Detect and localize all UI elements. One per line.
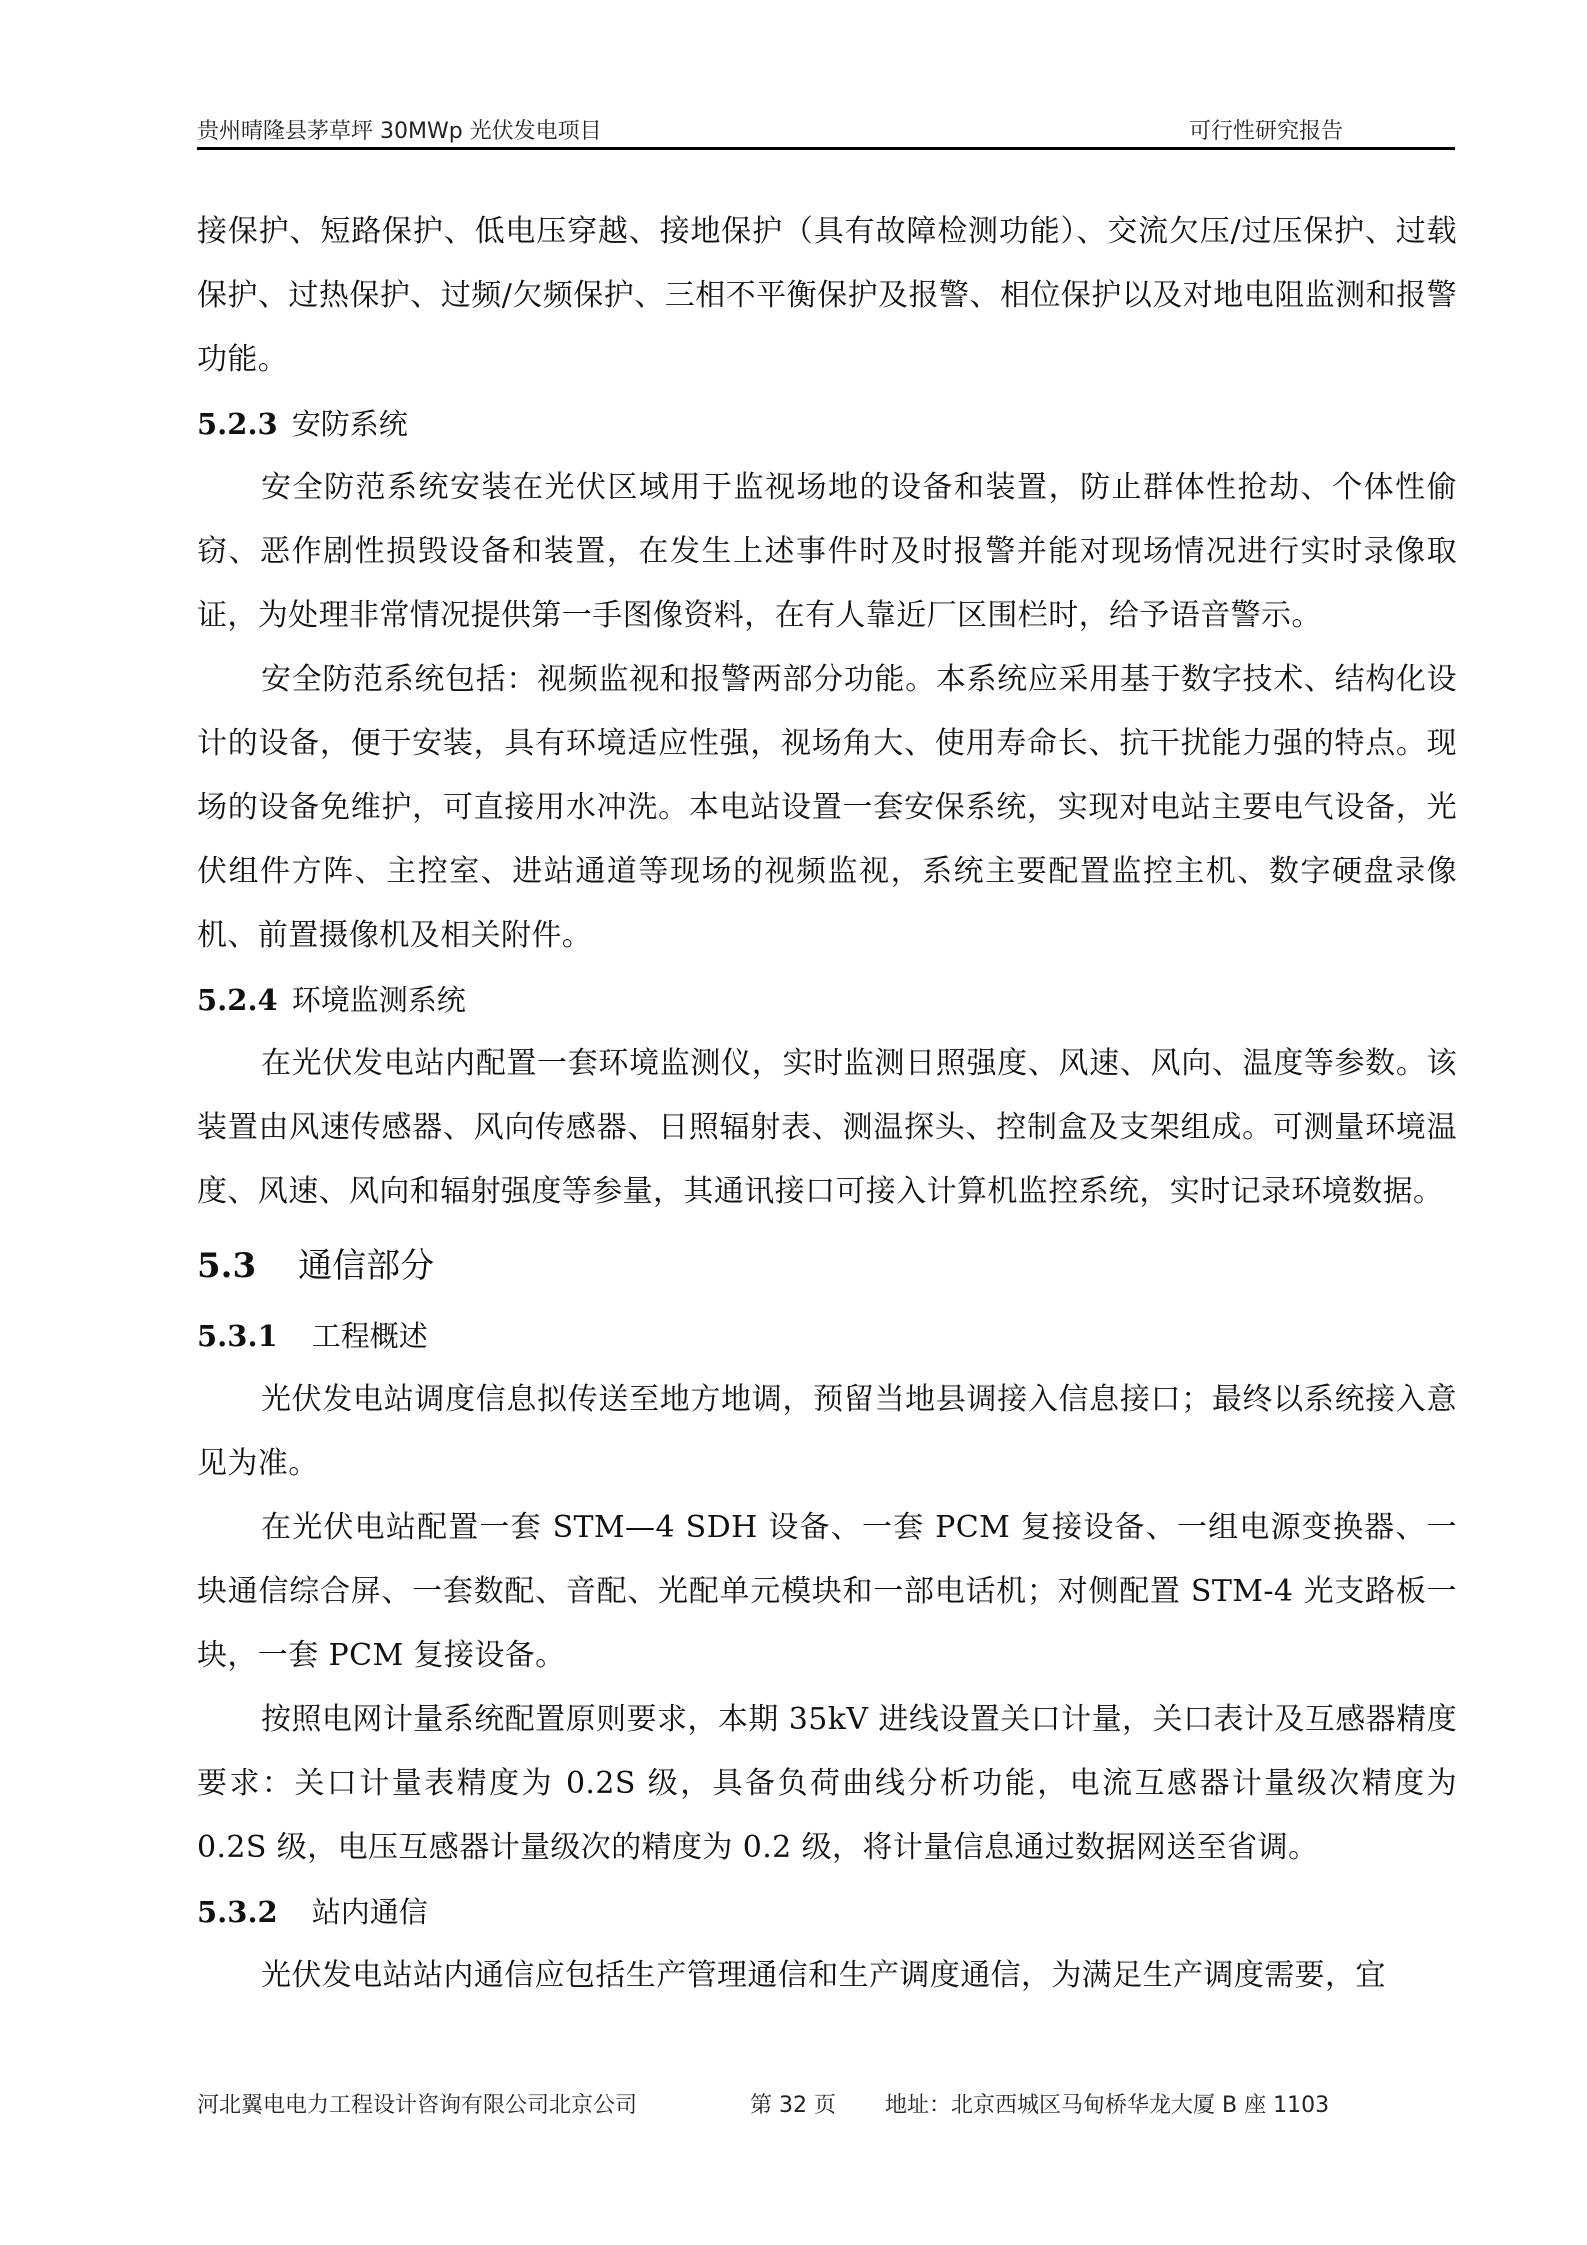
section-number: 5.3	[197, 1246, 256, 1286]
page-footer: 河北翼电电力工程设计咨询有限公司北京公司 第 32 页 地址：北京西城区马甸桥华…	[197, 2082, 1457, 2122]
footer-address: 地址：北京西城区马甸桥华龙大厦 B 座 1103	[885, 2088, 1329, 2119]
section-number: 5.3.2	[197, 1895, 278, 1929]
paragraph: 安全防范系统安装在光伏区域用于监视场地的设备和装置，防止群体性抢劫、个体性偷窃、…	[197, 456, 1457, 648]
section-heading-5-3: 5.3通信部分	[197, 1228, 1457, 1304]
section-title: 通信部分	[298, 1246, 434, 1286]
header-project-title: 贵州晴隆县茅草坪 30MWp 光伏发电项目	[197, 114, 602, 145]
page-content: 接保护、短路保护、低电压穿越、接地保护（具有故障检测功能）、交流欠压/过压保护、…	[197, 200, 1457, 2008]
section-title: 工程概述	[312, 1319, 428, 1353]
section-title: 站内通信	[312, 1895, 428, 1929]
footer-page-number: 第 32 页	[750, 2088, 836, 2119]
paragraph-continued: 接保护、短路保护、低电压穿越、接地保护（具有故障检测功能）、交流欠压/过压保护、…	[197, 200, 1457, 392]
header-report-type: 可行性研究报告	[1189, 114, 1343, 145]
paragraph: 光伏发电站调度信息拟传送至地方地调，预留当地县调接入信息接口；最终以系统接入意见…	[197, 1368, 1457, 1496]
section-number: 5.2.4	[197, 983, 278, 1017]
page-header: 贵州晴隆县茅草坪 30MWp 光伏发电项目 可行性研究报告	[197, 110, 1455, 148]
section-number: 5.3.1	[197, 1319, 278, 1353]
paragraph: 在光伏电站配置一套 STM—4 SDH 设备、一套 PCM 复接设备、一组电源变…	[197, 1496, 1457, 1688]
paragraph: 光伏发电站站内通信应包括生产管理通信和生产调度通信，为满足生产调度需要，宜	[197, 1944, 1457, 2008]
section-heading-5-2-3: 5.2.3安防系统	[197, 392, 1457, 456]
section-title: 环境监测系统	[292, 983, 466, 1017]
header-divider	[197, 147, 1455, 150]
paragraph: 按照电网计量系统配置原则要求，本期 35kV 进线设置关口计量，关口表计及互感器…	[197, 1688, 1457, 1880]
paragraph: 安全防范系统包括：视频监视和报警两部分功能。本系统应采用基于数字技术、结构化设计…	[197, 648, 1457, 968]
section-heading-5-3-1: 5.3.1工程概述	[197, 1304, 1457, 1368]
footer-company: 河北翼电电力工程设计咨询有限公司北京公司	[197, 2088, 637, 2119]
section-heading-5-2-4: 5.2.4环境监测系统	[197, 968, 1457, 1032]
document-page: 贵州晴隆县茅草坪 30MWp 光伏发电项目 可行性研究报告 接保护、短路保护、低…	[0, 0, 1587, 2245]
section-heading-5-3-2: 5.3.2站内通信	[197, 1880, 1457, 1944]
section-title: 安防系统	[292, 407, 408, 441]
section-number: 5.2.3	[197, 407, 278, 441]
paragraph: 在光伏发电站内配置一套环境监测仪，实时监测日照强度、风速、风向、温度等参数。该装…	[197, 1032, 1457, 1224]
